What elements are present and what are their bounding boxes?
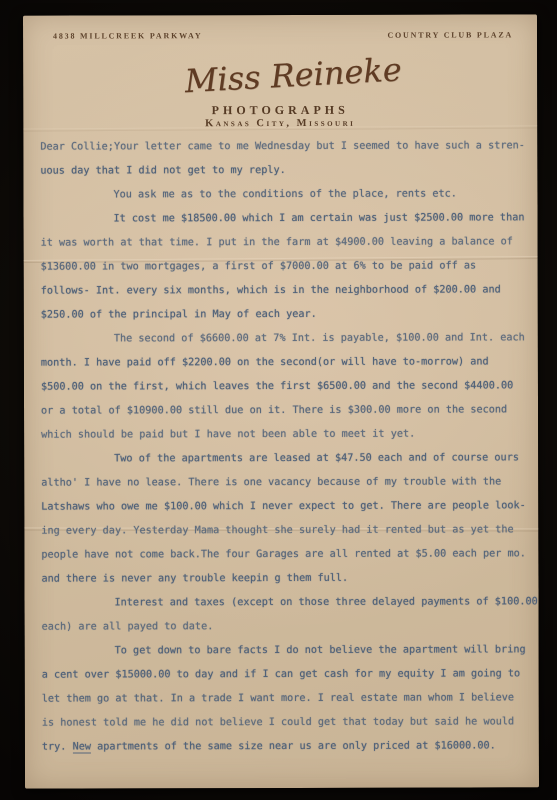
letter-line: each) are all payed to date. bbox=[42, 614, 538, 639]
letter-line: and there is never any trouble keepin g … bbox=[41, 566, 537, 591]
letterhead-address-row: 4838 MILLCREEK PARKWAY COUNTRY CLUB PLAZ… bbox=[53, 30, 513, 40]
letter-line: Latshaws who owe me $100.00 which I neve… bbox=[41, 494, 537, 519]
letterhead-signature-script: Miss Reineke bbox=[22, 43, 537, 109]
letter-line: which should be paid but I have not been… bbox=[41, 422, 537, 447]
letter-line: people have not come back.The four Garag… bbox=[41, 542, 537, 567]
letter-line: $500.00 on the first, which leaves the f… bbox=[41, 374, 537, 399]
letterhead-location: Kansas City, Missouri bbox=[23, 117, 537, 129]
scan-background: 4838 MILLCREEK PARKWAY COUNTRY CLUB PLAZ… bbox=[0, 0, 557, 800]
letterhead-address-left: 4838 MILLCREEK PARKWAY bbox=[53, 31, 202, 40]
underlined-word: New bbox=[73, 741, 91, 753]
letter-line: or a total of $10900.00 still due on it.… bbox=[41, 398, 537, 423]
letter-line: $250.00 of the principal in May of each … bbox=[41, 302, 537, 327]
letter-line: a cent over $15000.00 to day and if I ca… bbox=[42, 662, 538, 687]
letter-line: To get down to bare facts I do not belie… bbox=[42, 638, 538, 663]
letter-line: follows- Int. every six months, which is… bbox=[41, 278, 537, 303]
letter-line: uous day that I did not get to my reply. bbox=[40, 158, 536, 183]
letter-line: $13600.00 in two mortgages, a first of $… bbox=[41, 254, 537, 279]
letter-line-segment: apartments of the same size near us are … bbox=[91, 740, 496, 752]
letter-line: Two of the apartments are leased at $47.… bbox=[41, 446, 537, 471]
letter-line: You ask me as to the conditions of the p… bbox=[40, 182, 536, 207]
letter-line: try. New apartments of the same size nea… bbox=[42, 734, 538, 759]
letter-body: Dear Collie;Your letter came to me Wedne… bbox=[40, 134, 538, 759]
letter-line: Dear Collie;Your letter came to me Wedne… bbox=[40, 134, 536, 159]
letter-line: it was worth at that time. I put in the … bbox=[41, 230, 537, 255]
letter-line: is honest told me he did not believe I c… bbox=[42, 710, 538, 735]
letter-line: let them go at that. In a trade I want m… bbox=[42, 686, 538, 711]
letter-line: It cost me $18500.00 which I am certain … bbox=[40, 206, 536, 231]
letter-line: altho' I have no lease. There is one vac… bbox=[41, 470, 537, 495]
letter-line: The second of $6600.00 at 7% Int. is pay… bbox=[41, 326, 537, 351]
letter-paper: 4838 MILLCREEK PARKWAY COUNTRY CLUB PLAZ… bbox=[23, 14, 539, 788]
letter-line: Interest and taxes (except on those thre… bbox=[41, 590, 537, 615]
letter-line: ing every day. Yesterday Mama thought sh… bbox=[41, 518, 537, 543]
letter-line: month. I have paid off $2200.00 on the s… bbox=[41, 350, 537, 375]
letterhead-business-name: PHOTOGRAPHS bbox=[23, 102, 537, 118]
letter-line-segment: try. bbox=[42, 742, 73, 753]
letterhead-address-right: COUNTRY CLUB PLAZA bbox=[387, 30, 513, 39]
